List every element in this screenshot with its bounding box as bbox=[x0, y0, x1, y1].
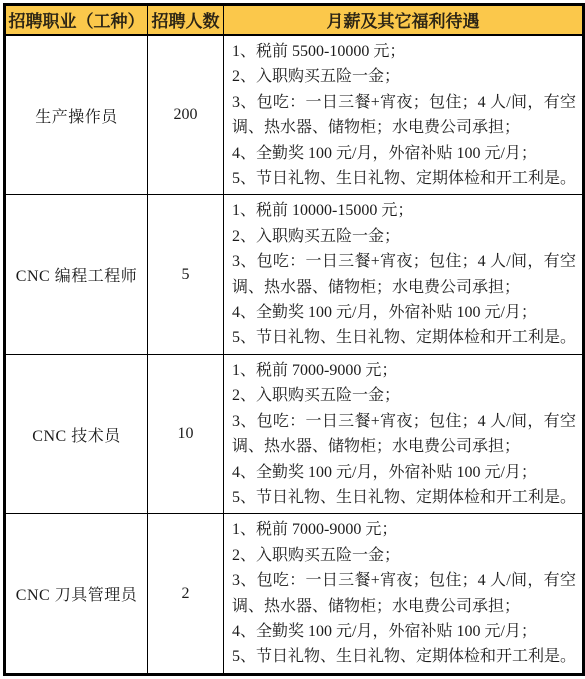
col-header-salary-benefits: 月薪及其它福利待遇 bbox=[224, 5, 584, 36]
benefit-line: 4、全勤奖 100 元/月，外宿补贴 100 元/月； bbox=[232, 141, 576, 166]
benefit-line: 5、节日礼物、生日礼物、定期体检和开工利是。 bbox=[232, 644, 576, 669]
job-title-cell: CNC 刀具管理员 bbox=[5, 514, 148, 674]
headcount-cell: 10 bbox=[148, 354, 224, 513]
benefit-line: 2、入职购买五险一金； bbox=[232, 64, 576, 89]
headcount-cell: 2 bbox=[148, 514, 224, 674]
job-title-cell: CNC 编程工程师 bbox=[5, 195, 148, 354]
benefit-line: 3、包吃：一日三餐+宵夜；包住；4 人/间，有空调、热水器、储物柜；水电费公司承… bbox=[232, 568, 576, 619]
col-header-job-title: 招聘职业（工种） bbox=[5, 5, 148, 36]
benefit-line: 3、包吃：一日三餐+宵夜；包住；4 人/间，有空调、热水器、储物柜；水电费公司承… bbox=[232, 409, 576, 460]
table-row: 生产操作员 200 1、税前 5500-10000 元； 2、入职购买五险一金；… bbox=[5, 35, 584, 195]
benefits-cell: 1、税前 7000-9000 元； 2、入职购买五险一金； 3、包吃：一日三餐+… bbox=[224, 514, 584, 674]
benefits-cell: 1、税前 5500-10000 元； 2、入职购买五险一金； 3、包吃：一日三餐… bbox=[224, 35, 584, 195]
job-title-cell: CNC 技术员 bbox=[5, 354, 148, 513]
table-row: CNC 编程工程师 5 1、税前 10000-15000 元； 2、入职购买五险… bbox=[5, 195, 584, 354]
table-row: CNC 刀具管理员 2 1、税前 7000-9000 元； 2、入职购买五险一金… bbox=[5, 514, 584, 674]
benefit-line: 4、全勤奖 100 元/月，外宿补贴 100 元/月； bbox=[232, 619, 576, 644]
benefits-cell: 1、税前 10000-15000 元； 2、入职购买五险一金； 3、包吃：一日三… bbox=[224, 195, 584, 354]
recruitment-table: 招聘职业（工种） 招聘人数 月薪及其它福利待遇 生产操作员 200 1、税前 5… bbox=[3, 3, 585, 676]
benefit-line: 1、税前 7000-9000 元； bbox=[232, 517, 576, 542]
benefit-line: 2、入职购买五险一金； bbox=[232, 224, 576, 249]
headcount-cell: 200 bbox=[148, 35, 224, 195]
recruitment-table-page: 招聘职业（工种） 招聘人数 月薪及其它福利待遇 生产操作员 200 1、税前 5… bbox=[0, 0, 585, 679]
benefit-line: 4、全勤奖 100 元/月，外宿补贴 100 元/月； bbox=[232, 460, 576, 485]
benefit-line: 1、税前 5500-10000 元； bbox=[232, 39, 576, 64]
benefit-line: 5、节日礼物、生日礼物、定期体检和开工利是。 bbox=[232, 485, 576, 510]
benefit-line: 1、税前 10000-15000 元； bbox=[232, 198, 576, 223]
benefit-line: 3、包吃：一日三餐+宵夜；包住；4 人/间，有空调、热水器、储物柜；水电费公司承… bbox=[232, 90, 576, 141]
header-row: 招聘职业（工种） 招聘人数 月薪及其它福利待遇 bbox=[5, 5, 584, 36]
headcount-cell: 5 bbox=[148, 195, 224, 354]
benefits-cell: 1、税前 7000-9000 元； 2、入职购买五险一金； 3、包吃：一日三餐+… bbox=[224, 354, 584, 513]
benefit-line: 5、节日礼物、生日礼物、定期体检和开工利是。 bbox=[232, 166, 576, 191]
table-row: CNC 技术员 10 1、税前 7000-9000 元； 2、入职购买五险一金；… bbox=[5, 354, 584, 513]
job-title-cell: 生产操作员 bbox=[5, 35, 148, 195]
benefit-line: 2、入职购买五险一金； bbox=[232, 543, 576, 568]
benefit-line: 3、包吃：一日三餐+宵夜；包住；4 人/间，有空调、热水器、储物柜；水电费公司承… bbox=[232, 249, 576, 300]
col-header-headcount: 招聘人数 bbox=[148, 5, 224, 36]
benefit-line: 2、入职购买五险一金； bbox=[232, 383, 576, 408]
benefit-line: 5、节日礼物、生日礼物、定期体检和开工利是。 bbox=[232, 325, 576, 350]
benefit-line: 4、全勤奖 100 元/月，外宿补贴 100 元/月； bbox=[232, 300, 576, 325]
benefit-line: 1、税前 7000-9000 元； bbox=[232, 358, 576, 383]
